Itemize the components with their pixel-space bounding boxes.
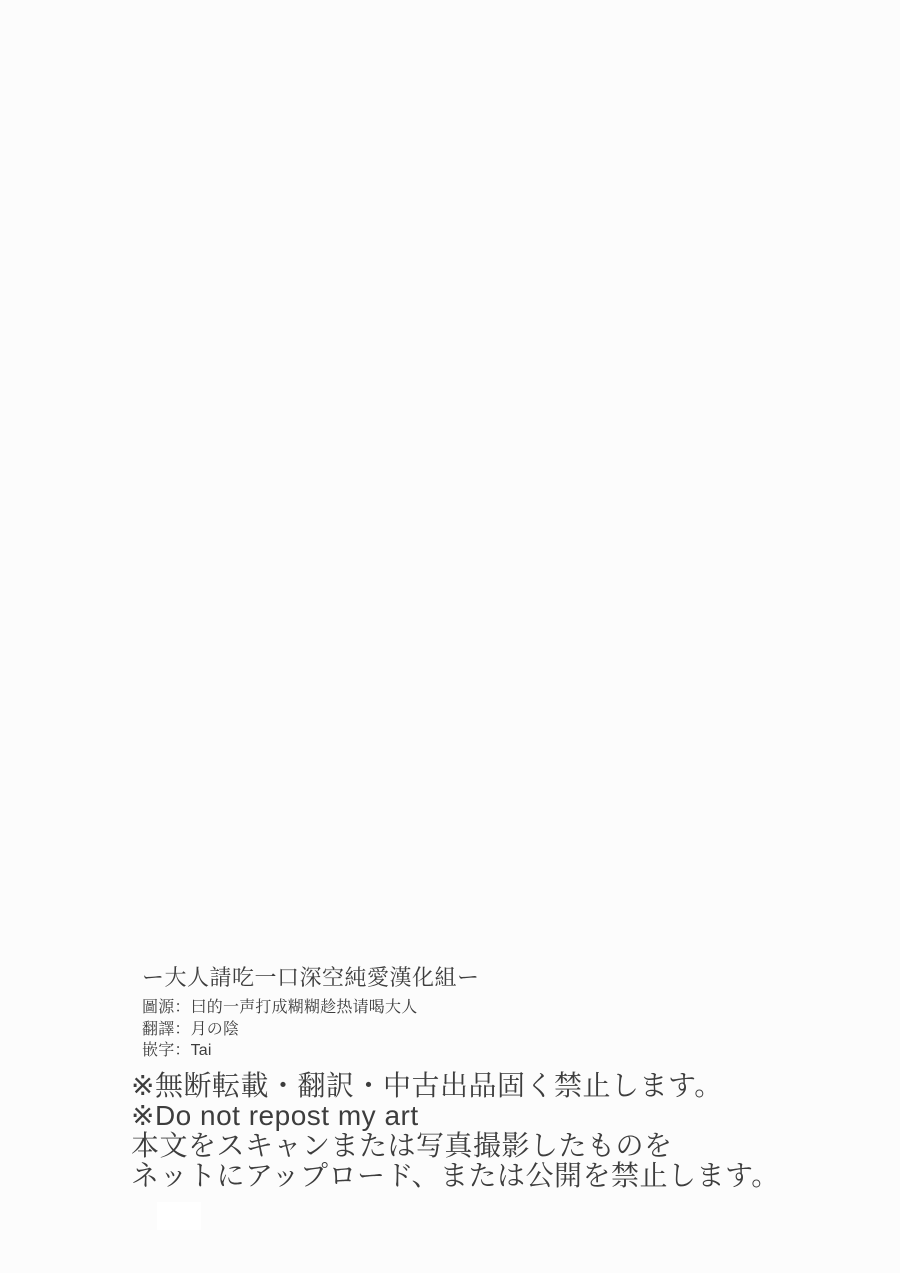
- scanlation-group-title: ー大人請吃一口深空純愛漢化組ー: [142, 963, 480, 992]
- notice-line-do-not-repost: ※Do not repost my art: [131, 1101, 780, 1131]
- credit-line-source: 圖源：曰的一声打成糊糊趁热请喝大人: [142, 997, 480, 1019]
- scanlation-credits-block: ー大人請吃一口深空純愛漢化組ー 圖源：曰的一声打成糊糊趁热请喝大人 翻譯：月の陰…: [142, 963, 480, 1062]
- scan-artifact: [157, 1202, 201, 1230]
- credit-line-typesetter: 嵌字：Tai: [142, 1040, 480, 1062]
- scanned-credits-page: ー大人請吃一口深空純愛漢化組ー 圖源：曰的一声打成糊糊趁热请喝大人 翻譯：月の陰…: [0, 0, 900, 1273]
- credit-line-translator: 翻譯：月の陰: [142, 1019, 480, 1041]
- notice-line-no-scan-photo: 本文をスキャンまたは写真撮影したものを: [131, 1131, 780, 1161]
- notice-line-no-upload: ネットにアップロード、または公開を禁止します。: [131, 1161, 780, 1191]
- notice-line-no-reproduction: ※無断転載・翻訳・中古出品固く禁止します。: [131, 1071, 780, 1101]
- repost-prohibition-notice: ※無断転載・翻訳・中古出品固く禁止します。 ※Do not repost my …: [131, 1071, 780, 1191]
